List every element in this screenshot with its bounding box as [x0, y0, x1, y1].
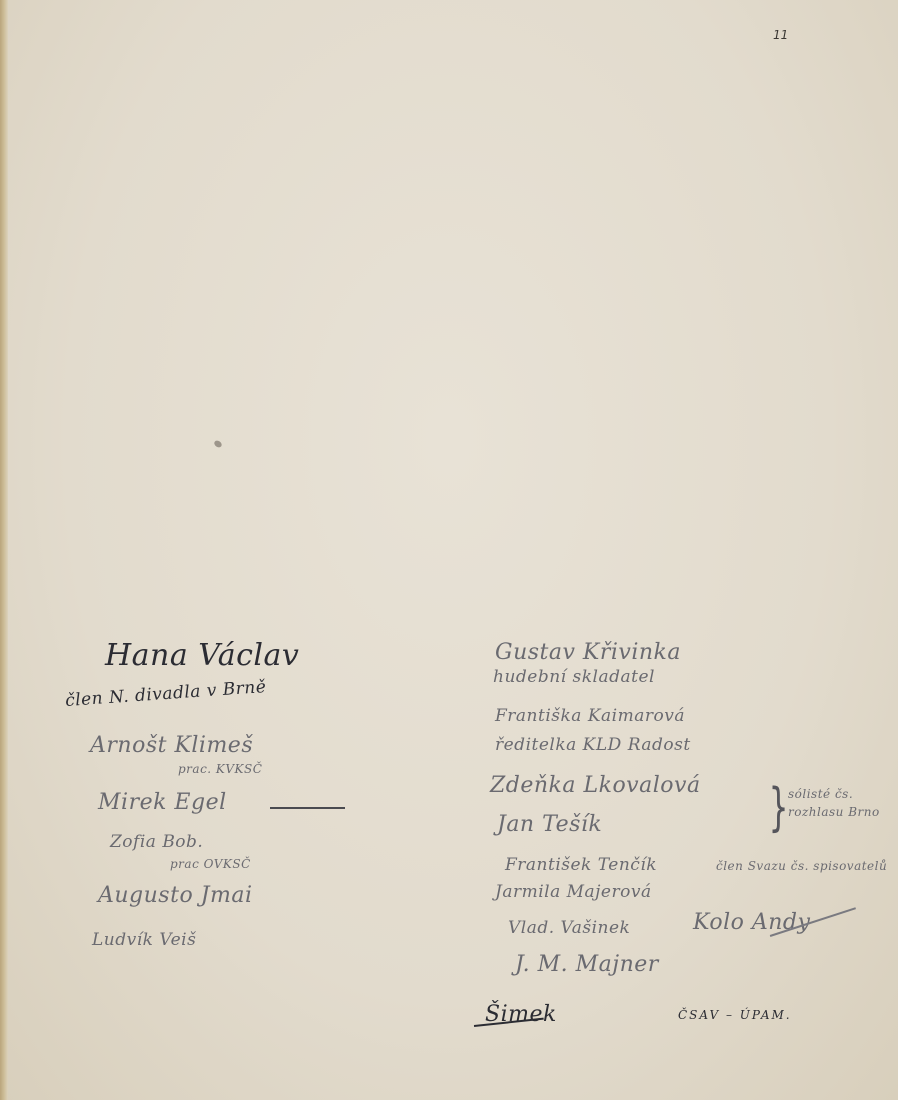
signature-frantisek-tencik: František Tenčík	[505, 855, 657, 875]
signature-kolo-andy: Kolo Andy	[693, 910, 810, 935]
signature-jan-tesik: Jan Tešík	[497, 812, 602, 837]
signature-title: člen N. divadla v Brně	[65, 677, 267, 711]
signature-title: ČSAV – ÚPAM.	[678, 1008, 792, 1022]
signature-vlad-vasinek: Vlad. Vašinek	[508, 918, 630, 938]
group-brace: }	[769, 778, 789, 838]
signature-frantiska-kaimarova: Františka Kaimarová	[495, 706, 685, 726]
group-note: sólisté čs. rozhlasu Brno	[788, 785, 888, 821]
signature-title: prac OVKSČ	[170, 857, 251, 871]
paper-speck	[213, 439, 223, 449]
signature-zdenka-lkovalova: Zdeňka Lkovalová	[490, 773, 701, 798]
page-number: 11	[773, 28, 788, 42]
signature-gustav-krivinka: Gustav Křivinka	[495, 640, 681, 665]
signature-flourish	[270, 807, 345, 809]
signature-augusto-jmai: Augusto Jmai	[98, 883, 253, 908]
signature-title: hudební skladatel	[493, 667, 655, 687]
signature-title: člen Svazu čs. spisovatelů	[716, 859, 887, 873]
signature-jm-majner: J. M. Majner	[515, 952, 659, 977]
signature-ludvik-veis: Ludvík Veiš	[92, 930, 196, 950]
signature-title: ředitelka KLD Radost	[495, 735, 691, 755]
signature-hana-vaclav: Hana Václav	[105, 638, 299, 673]
book-binding-edge	[0, 0, 8, 1100]
signature-zofia-bob: Zofia Bob.	[110, 832, 203, 852]
guestbook-page: 11 Hana Václav člen N. divadla v Brně Ar…	[0, 0, 898, 1100]
signature-mirek-egel: Mirek Egel	[98, 790, 227, 815]
signature-jarmila-majerova: Jarmila Majerová	[495, 882, 652, 902]
signature-arnost-klimes: Arnošt Klimeš	[90, 733, 253, 758]
signature-title: prac. KVKSČ	[178, 762, 262, 776]
